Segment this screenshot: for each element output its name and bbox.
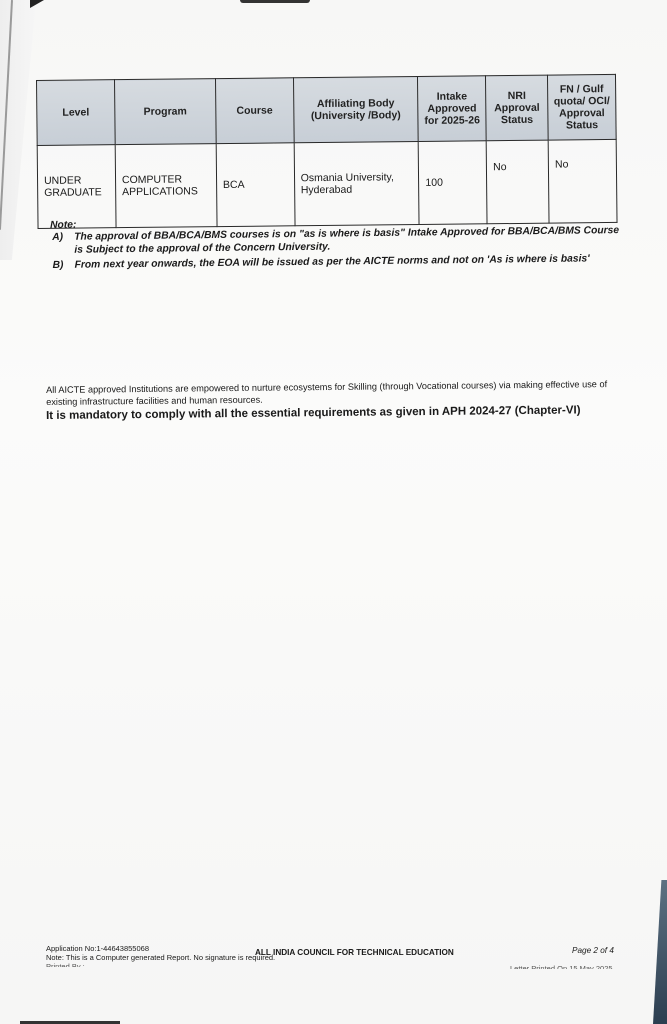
- page-number: Page 2 of 4: [572, 946, 614, 955]
- cell-program: COMPUTER APPLICATIONS: [115, 144, 217, 228]
- note-text: The approval of BBA/BCA/BMS courses is o…: [74, 224, 620, 257]
- organization-name: ALL INDIA COUNCIL FOR TECHNICAL EDUCATIO…: [255, 948, 454, 957]
- skilling-paragraph: All AICTE approved Institutions are empo…: [46, 378, 616, 408]
- header-level: Level: [37, 80, 116, 146]
- header-affiliating-body: Affiliating Body (University /Body): [293, 77, 418, 143]
- cell-fn-gulf-oci-status: No: [548, 139, 617, 223]
- header-nri-status: NRI Approval Status: [486, 75, 549, 141]
- cell-nri-status: No: [486, 140, 549, 224]
- approval-table: Level Program Course Affiliating Body (U…: [36, 74, 618, 229]
- application-number: Application No:1-44643855068: [46, 944, 275, 953]
- cell-affiliating-body: Osmania University, Hyderabad: [294, 141, 419, 225]
- footer-left: Application No:1-44643855068 Note: This …: [46, 944, 275, 967]
- printed-by: Printed By : ...: [46, 962, 275, 967]
- cell-intake: 100: [418, 141, 487, 225]
- background-surface: [653, 880, 667, 1024]
- header-course: Course: [215, 78, 293, 144]
- notes-section: Note: A) The approval of BBA/BCA/BMS cou…: [50, 213, 621, 272]
- header-intake: Intake Approved for 2025-26: [418, 76, 487, 142]
- table-header-row: Level Program Course Affiliating Body (U…: [37, 74, 617, 145]
- document-page: Level Program Course Affiliating Body (U…: [0, 0, 667, 1024]
- top-shadow: [240, 0, 310, 3]
- page-corner-shadow: [30, 0, 44, 8]
- letter-printed-on: Letter Printed On 15 May 2025: [510, 964, 620, 969]
- footer-note: Note: This is a Computer generated Repor…: [46, 953, 275, 962]
- header-fn-gulf-oci-status: FN / Gulf quota/ OCI/ Approval Status: [548, 74, 617, 140]
- cell-level: UNDER GRADUATE: [37, 145, 116, 229]
- note-item: A) The approval of BBA/BCA/BMS courses i…: [50, 224, 620, 257]
- cell-course: BCA: [216, 143, 295, 227]
- header-program: Program: [114, 79, 216, 145]
- note-label: B): [52, 259, 74, 272]
- note-label: A): [52, 231, 74, 257]
